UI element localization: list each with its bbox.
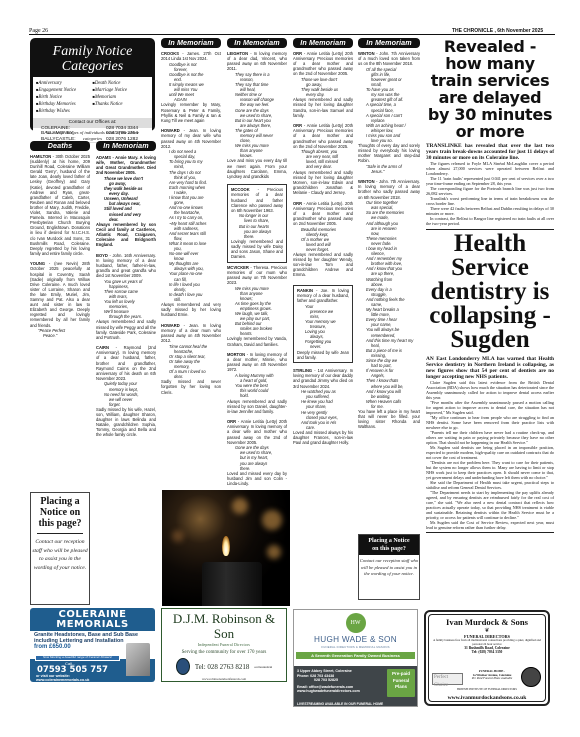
memoriam-verse: Those we love don'tgo away,they walk bes… [96, 176, 156, 222]
article-lede-dentistry: AN East Londonderry MLA has warned that … [426, 356, 554, 380]
category-item: Birth Notice [36, 94, 93, 101]
memoriam-verse: We miss you morethan anyoneknows;As time… [227, 286, 287, 337]
memoriam-notice: WINTON - John. 7th Anniversary. In lovin… [358, 179, 420, 199]
top-rule [29, 34, 555, 35]
memoriam-notice: BOYD - John. 16th Anniversary. In loving… [96, 253, 156, 278]
placing-notice-body: Contact our reception staff who will be … [31, 538, 89, 572]
in-memoriam-header: In Memoriam [96, 141, 156, 151]
article-body-trains: The figures released to Foyle MLA Sinéad… [426, 161, 554, 226]
ad-brand-name: HUGH WADE & SON [294, 635, 417, 645]
hugh-wade-ad[interactable]: HW HUGH WADE & SON FUNERAL DIRECTORS & M… [293, 609, 418, 707]
ad-serving: Serving the community for over 170 years [162, 650, 286, 655]
ad-brand-name: Ivan Murdock & Sons [429, 617, 545, 628]
memoriam-closing: Always remembered and sadly missed by he… [293, 170, 353, 195]
memoriam-verse: He watched you asyou suffered,He knew yo… [293, 389, 353, 430]
hw-logo-icon: HW [346, 613, 366, 633]
ad-tagline: Independent Funeral Directors [162, 643, 286, 647]
category-item: Marriage Notice [93, 87, 150, 94]
memoriam-verse: Gone are the dayswe used to share,but in… [227, 445, 287, 470]
memoriam-verse: Time cannot heal theheartache,Or stop a … [161, 344, 221, 380]
category-item: Anniversary [36, 80, 93, 87]
memoriam-notice: MORTON - In loving memory of a dear moth… [227, 352, 287, 372]
coleraine-memorials-ad[interactable]: COLERAINE MEMORIALS Granite Headstones, … [30, 608, 155, 682]
memoriam-column-5: ORR - Annie Letitia (Letty) 20th Anniver… [293, 51, 353, 446]
memoriam-verse: Those we love don'tgo away,They walk bes… [293, 77, 353, 97]
memoriam-closing: Sadly missed and never forgotten by her … [161, 379, 221, 394]
family-notice-title: Family Notice Categories [33, 44, 152, 74]
flame-icon [222, 536, 230, 556]
memoriam-verse: Our time togetherwas special,So are the … [358, 200, 420, 409]
article-divider [426, 532, 554, 533]
memoriam-verse: I do not need aspecial day,To bring you … [161, 149, 221, 302]
memoriam-notice: CAIRN - Raymond (2nd Anniversary). In lo… [96, 345, 156, 381]
ivan-murdock-ad[interactable]: Ivan Murdock & Sons ❦ FUNERAL DIRECTORS … [424, 610, 550, 706]
deaths-column: HAMILTON - 30th October 2025 (suddenly) … [30, 154, 90, 338]
ad-phone: Tel: (028) 7034 3350 [429, 650, 545, 654]
placing-notice-title: Placing a Notice on this page? [359, 535, 419, 555]
ad-strip: Now Stocking a beautiful range of Cerami… [35, 655, 120, 661]
memoriam-closing: Always remembered and sadly missed by so… [227, 399, 287, 414]
crest-icon [176, 658, 190, 675]
placing-notice-box-small: Placing a Notice on this page? Contact o… [358, 534, 420, 600]
memoriam-verse: Goodbye is notforever,Goodbye is not the… [161, 62, 221, 103]
memoriam-notice: CROOKS - James. 27th Oct 2014 Linda 1st … [161, 51, 221, 61]
ad-contact-panel: 3 Upper Abbey Street, Coleraine Phone: 0… [294, 666, 418, 707]
headstone-icon [126, 643, 150, 676]
memoriam-notice: STIRLING - 1st Anniversary. In loving me… [293, 368, 353, 388]
memoriam-notice: MCVICKER - Theresa. Precious memories of… [227, 265, 287, 285]
memoriam-verse: They say there is areason,They say that … [227, 72, 287, 159]
memoriam-notice: ORR - Annie Letitia (Letty). 20th Annive… [293, 201, 353, 226]
memoriam-notice: HOWARD - Jean. In loving memory of a dea… [161, 323, 221, 343]
memoriam-closing: Lovingly remembered by Vanda, Graham, Da… [227, 336, 287, 346]
memoriam-closing: Loved and missed every day by husband Ji… [227, 471, 287, 486]
memoriam-notice: ORR - Annie Letitia (Letty) 20th Anniver… [293, 51, 353, 76]
memoriam-verse: Yourpresence wemiss,Your memory wetreasu… [297, 304, 349, 350]
placing-notice-title: Placing a Notice on this page? [31, 493, 89, 529]
memoriam-closing: Lovingly remember by Mary, Rosemary & Pe… [161, 102, 221, 122]
memoriam-closing: Deeply missed by wife Jean and family. [297, 350, 349, 360]
placing-notice-box: Placing a Notice on this page? Contact o… [30, 492, 90, 605]
memoriam-notice: RANKIN - Joe. In loving memory of a dear… [297, 288, 349, 303]
candle-photo [162, 490, 290, 606]
category-item: Death Notice [93, 80, 150, 87]
category-item: Thanks Notice [93, 101, 150, 108]
memoriam-verse: A loving Mummy witha heart of gold,You w… [227, 373, 287, 398]
family-notice-categories-box: Family Notice Categories Anniversary Dea… [30, 38, 155, 131]
category-list-panel: Anniversary Death Notice Engagement Noti… [33, 77, 152, 128]
memoriam-column-4: LEIGHTON - In loving memory of a dear da… [227, 51, 287, 487]
memoriam-notice: ORR - Annie Letitia (Letty) 20th Anniver… [227, 419, 287, 444]
death-verse: "Peace PerfectPeace." [30, 328, 90, 338]
memoriam-notice: MCCOOK - Precious memories of a dear hus… [231, 187, 283, 212]
memoriam-verse: No longer in ourlives to share,But in ou… [231, 213, 283, 238]
heraldic-seal-icon [521, 667, 541, 687]
category-item: Engagement Notice [36, 87, 93, 94]
article-lede-trains: TRANSLINKE has revealed that over the la… [426, 143, 554, 161]
memoriam-closing: Lovingly remembered and sadly missed by … [231, 239, 283, 259]
boxed-memoriam-notice: RANKIN - Joe. In loving memory of a dear… [293, 285, 353, 363]
memoriam-notice: HOWARD - Jean. In loving memory of my de… [161, 128, 221, 148]
in-memoriam-header: In Memoriam [161, 38, 221, 48]
in-memoriam-header: In Memoriam [293, 38, 353, 48]
article-headline-trains: Revealed - how many train services are d… [426, 38, 554, 140]
memoriam-verse: You gave us years ofhappiness,Then sorro… [96, 279, 156, 320]
ecclesiastical-logo: ecclesiastical [254, 665, 272, 669]
death-notice: YOUNG - (nee Nevin) 28th October 2025 pe… [30, 261, 90, 327]
prepaid-plans-badge: Pre-paid Funeral Plans [387, 669, 415, 697]
memoriam-notice: ADAMS - Annie Mary. A loving wife, Mothe… [96, 155, 156, 175]
memoriam-closing: Sadly missed by his wife, Hazel, son, Wi… [96, 407, 156, 438]
memoriam-closing: Always remembered and very sadly missed … [161, 302, 221, 317]
memoriam-column-2: ADAMS - Annie Mary. A loving wife, Mothe… [96, 155, 156, 438]
placing-notice-body: Contact our reception staff who will be … [359, 555, 419, 578]
memoriam-closing: Thoughts of every day and sorely missed … [358, 143, 420, 163]
memoriam-closing: Always remembered and sadly missed by wi… [96, 319, 156, 339]
memoriam-closing: Always remembered and sadly missed by he… [293, 252, 353, 277]
memoriam-closing: Always remembered by son Cecil and famil… [96, 222, 156, 247]
ad-website[interactable]: or visit our website: www.colerainememor… [36, 675, 89, 682]
category-item: Birthday Wishes [36, 108, 93, 115]
ad-phone: Tel: 028 2763 8218 [195, 663, 250, 671]
memoriam-column-3: CROOKS - James. 27th Oct 2014 Linda 1st … [161, 51, 221, 395]
ad-brand-name: COLERAINE MEMORIALS [30, 608, 155, 630]
memoriam-verse: Though absent, youare very near, stilllo… [293, 149, 353, 169]
memoriam-closing: Love and miss you every day till we meet… [227, 158, 287, 178]
ad-banner: A Seventh Generation Family Owned Busine… [296, 652, 415, 659]
memoriam-closing: Always remembered and sadly missed by he… [293, 97, 353, 117]
boxed-memoriam-notice: MCCOOK - Precious memories of a dear hus… [227, 184, 287, 262]
funeral-home-info: FUNERAL HOME - 1a Windsor Avenue, Colera… [467, 670, 517, 681]
memoriam-verse: Of all the specialgifts in life,however … [358, 67, 420, 143]
news-column: Revealed - how many train services are d… [426, 38, 554, 533]
memoriam-closing: Loved and missed always by his daughter … [293, 430, 353, 445]
deaths-header: Deaths [30, 141, 90, 151]
in-memoriam-header: In Memoriam [358, 38, 420, 48]
memoriam-closing: You have left a place in my heart that w… [358, 409, 420, 429]
category-item: Memoriam [93, 94, 150, 101]
in-memoriam-header: In Memoriam [227, 38, 287, 48]
article-body-dentistry: Claire Sugden said this latest evidence … [426, 380, 554, 530]
memoriam-column-6: WINTON - John. 7th Anniversary of a much… [358, 51, 420, 430]
memoriam-notice: ORR - Annie Letitia (Letty) 20th Anniver… [293, 123, 353, 148]
ad-brand-name: D.J.M. Robinson & Son [162, 611, 286, 641]
memoriam-notice: LEIGHTON - In loving memory of a dear da… [227, 51, 287, 71]
perfect-choice-logo: Perfect Choice [432, 673, 463, 685]
memoriam-notice: WINTON - John. 7th Anniversary of a much… [358, 51, 420, 66]
memoriam-verse: "Safe in the arms ofJesus." [358, 164, 420, 174]
djm-robinson-ad[interactable]: D.J.M. Robinson & Son Independent Funera… [161, 608, 287, 682]
ad-website[interactable]: www.ivanmurdockandsons.co.uk [429, 695, 545, 701]
candle-icon [202, 562, 262, 606]
category-item: Birthday Memories [36, 101, 93, 108]
memoriam-verse: Quietly today yourmemory is kept,No need… [96, 381, 156, 406]
article-headline-dentistry: Health Service dentistry is collapsing -… [426, 232, 554, 352]
ad-website[interactable]: www.robinsonandsonfunerals.com [162, 677, 286, 681]
death-notice: HAMILTON - 30th October 2025 (suddenly) … [30, 154, 90, 256]
category-list: Anniversary Death Notice Engagement Noti… [36, 80, 149, 115]
memoriam-verse: Beautiful memoriessilently kept,Of a mot… [293, 227, 353, 252]
